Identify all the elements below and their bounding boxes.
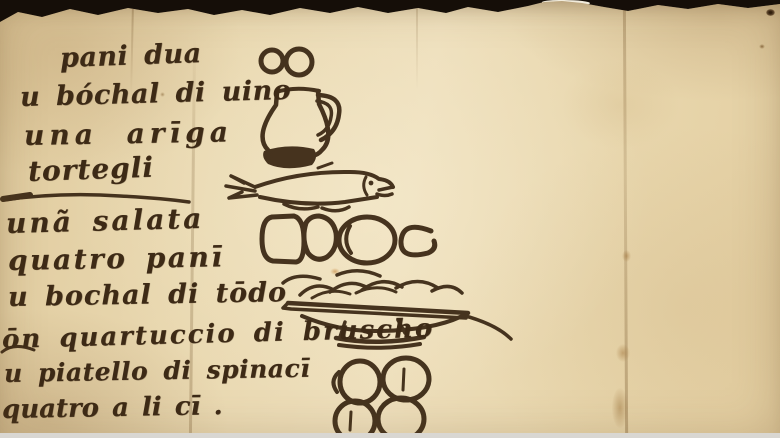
handwritten-line: u piatello di spinacī xyxy=(4,356,311,386)
handwritten-line: quatro a li cī . xyxy=(2,393,223,423)
handwritten-line: unã salata xyxy=(6,205,205,238)
handwritten-line: pani dua xyxy=(60,40,203,72)
four-bread-rolls-sketch xyxy=(333,358,429,438)
paper-sheet: pani dua u bóchal di uino una arīga tort… xyxy=(0,0,780,438)
handwritten-line: una arīga xyxy=(24,118,233,150)
herring-fish-sketch xyxy=(226,163,393,211)
two-bread-rolls-sketch xyxy=(261,49,312,75)
four-bread-loaves-sketch xyxy=(262,216,435,263)
handwritten-line: quatro panī xyxy=(8,243,225,275)
scan-edge-strip xyxy=(0,433,780,438)
handwritten-line: u bóchal di uino xyxy=(20,77,292,111)
divider-stroke xyxy=(3,195,189,202)
handwritten-line: tortegli xyxy=(28,154,155,186)
handwritten-line: u bochal di tōdo xyxy=(8,279,287,311)
manuscript-photo: pani dua u bóchal di uino una arīga tort… xyxy=(0,0,780,438)
